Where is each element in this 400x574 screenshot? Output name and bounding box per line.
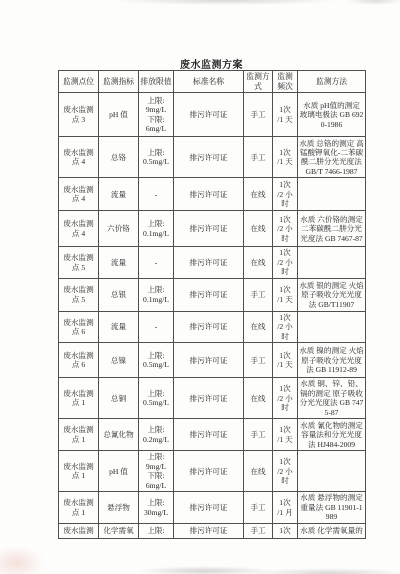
table-row: 废水监测 点 3 pH 值 上限: 9mg/L 下限: 6mg/L 排污许可证 … [59,93,366,137]
cell-point: 废水监测 点 1 [59,378,99,419]
table-row: 废水监测 点 5 总银 上限: 0.1mg/L 排污许可证 手工 1次 /1 天… [59,278,366,311]
cell-limit: - [139,311,174,342]
column-header-method: 监测方法 [298,71,366,93]
cell-point: 废水监测 点 1 [59,451,99,492]
document-title: 废水监测方案 [58,56,365,71]
cell-point: 废水监测 点 5 [59,247,99,278]
cell-frequency: 1次 /2 小 时 [273,178,298,211]
cell-mode: 在线 [244,378,273,419]
cell-frequency: 1次 /2 小 时 [273,451,298,492]
table-row: 废水监测 点 4 总铬 上限: 0.5mg/L 排污许可证 手工 1次 /1 天… [59,137,366,178]
cell-limit: 上限: 30mg/L [139,492,174,523]
cell-mode: 在线 [244,211,273,247]
cell-frequency: 1次 /2 小 时 [273,211,298,247]
cell-method [298,311,366,342]
table-row: 废水监测 点 6 流量 - 排污许可证 在线 1次 /2 小 时 [59,311,366,342]
cell-method [298,451,366,492]
cell-limit: 上限: 9mg/L 下限: 6mg/L [139,451,174,492]
cell-point: 废水监测 点 1 [59,419,99,451]
cell-standard: 排污许可证 [174,343,244,378]
cell-method: 水质 总铬的测定 高锰酸钾氧化-二苯碳酰二肼分光光度法 GB/T 7466-19… [298,137,366,178]
cell-frequency: 1次 /2 小 时 [273,247,298,278]
table-row-truncated: 废水监测 化学需氧 上限: 排污许可证 手工 1次 水质 化学需氧量的 [59,523,366,538]
cell-frequency: 1次 /2 小 时 [273,378,298,419]
cell-standard: 排污许可证 [174,93,244,137]
column-header-indicator: 监测指标 [99,71,139,93]
cell-standard: 排污许可证 [174,278,244,311]
cell-mode: 在线 [244,247,273,278]
cell-method: 水质 六价铬的测定 二苯碳酰二肼分光光度法 GB 7467-87 [298,211,366,247]
scan-artifact [110,0,340,5]
cell-mode: 手工 [244,419,273,451]
cell-frequency: 1次 /1 天 [273,93,298,137]
cell-indicator: pH 值 [99,93,139,137]
cell-method: 水质 铜、锌、铅、镉的测定 原子吸收分光光度法 GB 7475-87 [298,378,366,419]
cell-frequency: 1次 /1 天 [273,419,298,451]
cell-standard: 排污许可证 [174,492,244,523]
cell-mode: 在线 [244,451,273,492]
table-row: 废水监测 点 1 总氰化物 上限: 0.2mg/L 排污许可证 手工 1次 /1… [59,419,366,451]
table-header-row: 监测点位 监测指标 排放限值 标准名称 监测方式 监测频次 监测方法 [59,71,366,93]
cell-indicator: 流量 [99,311,139,342]
cell-limit: 上限: 0.1mg/L [139,278,174,311]
cell-standard: 排污许可证 [174,523,244,538]
scan-artifact [250,568,400,574]
cell-method: 水质 氰化物的测定 容量法和分光光度法 HJ484-2009 [298,419,366,451]
cell-limit: 上限: 0.5mg/L [139,343,174,378]
cell-limit: 上限: 0.5mg/L [139,137,174,178]
cell-point: 废水监测 点 1 [59,492,99,523]
cell-limit: - [139,178,174,211]
column-header-limit: 排放限值 [139,71,174,93]
cell-point: 废水监测 点 4 [59,211,99,247]
cell-indicator: 流量 [99,178,139,211]
table-row: 废水监测 点 4 流量 - 排污许可证 在线 1次 /2 小 时 [59,178,366,211]
cell-indicator: 总铬 [99,137,139,178]
cell-indicator: 总铜 [99,378,139,419]
cell-limit: - [139,247,174,278]
cell-mode: 手工 [244,492,273,523]
cell-point: 废水监测 点 6 [59,343,99,378]
cell-limit: 上限: 0.1mg/L [139,211,174,247]
cell-standard: 排污许可证 [174,451,244,492]
cell-frequency: 1次 [273,523,298,538]
cell-method: 水质 悬浮物的测定 重量法 GB 11901-1989 [298,492,366,523]
cell-point: 废水监测 点 4 [59,178,99,211]
cell-frequency: 1次 /1 天 [273,137,298,178]
cell-mode: 在线 [244,311,273,342]
cell-mode: 手工 [244,523,273,538]
cell-point: 废水监测 点 4 [59,137,99,178]
cell-indicator: 总银 [99,278,139,311]
cell-method: 水质 pH值的测定 玻璃电极法 GB 6920-1986 [298,93,366,137]
cell-frequency: 1次 /1 月 [273,492,298,523]
table-row: 废水监测 点 1 pH 值 上限: 9mg/L 下限: 6mg/L 排污许可证 … [59,451,366,492]
cell-standard: 排污许可证 [174,178,244,211]
scan-artifact [135,566,275,574]
cell-point: 废水监测 点 5 [59,278,99,311]
cell-method [298,178,366,211]
cell-standard: 排污许可证 [174,211,244,247]
cell-indicator: 六价铬 [99,211,139,247]
cell-standard: 排污许可证 [174,378,244,419]
cell-indicator: 总镍 [99,343,139,378]
cell-limit: 上限: 0.5mg/L [139,378,174,419]
table-row: 废水监测 点 1 悬浮物 上限: 30mg/L 排污许可证 手工 1次 /1 月… [59,492,366,523]
wastewater-monitoring-table: 监测点位 监测指标 排放限值 标准名称 监测方式 监测频次 监测方法 废水监测 … [58,70,366,539]
cell-method: 水质 镍的测定 火焰原子吸收分光光度法 GB 11912-89 [298,343,366,378]
table-row: 废水监测 点 1 总铜 上限: 0.5mg/L 排污许可证 在线 1次 /2 小… [59,378,366,419]
column-header-mode: 监测方式 [244,71,273,93]
cell-mode: 在线 [244,178,273,211]
cell-limit: 上限: 9mg/L 下限: 6mg/L [139,93,174,137]
cell-standard: 排污许可证 [174,137,244,178]
column-header-frequency: 监测频次 [273,71,298,93]
cell-indicator: 化学需氧 [99,523,139,538]
cell-frequency: 1次 /2 小 时 [273,311,298,342]
cell-mode: 手工 [244,343,273,378]
cell-standard: 排污许可证 [174,419,244,451]
cell-method: 水质 银的测定 火焰原子吸收分光光度法 GB/T11907 [298,278,366,311]
cell-indicator: 总氰化物 [99,419,139,451]
table-row: 废水监测 点 5 流量 - 排污许可证 在线 1次 /2 小 时 [59,247,366,278]
scan-artifact [0,545,46,574]
cell-method [298,247,366,278]
table-row: 废水监测 点 4 六价铬 上限: 0.1mg/L 排污许可证 在线 1次 /2 … [59,211,366,247]
column-header-standard: 标准名称 [174,71,244,93]
cell-standard: 排污许可证 [174,311,244,342]
cell-standard: 排污许可证 [174,247,244,278]
cell-method: 水质 化学需氧量的 [298,523,366,538]
column-header-point: 监测点位 [59,71,99,93]
table-row: 废水监测 点 6 总镍 上限: 0.5mg/L 排污许可证 手工 1次 /1 天… [59,343,366,378]
cell-limit: 上限: [139,523,174,538]
cell-mode: 手工 [244,93,273,137]
document-page: 废水监测方案 监测点位 监测指标 排放限值 标准名称 监测方式 监测频次 监测方… [0,0,400,574]
cell-limit: 上限: 0.2mg/L [139,419,174,451]
cell-indicator: 悬浮物 [99,492,139,523]
cell-frequency: 1次 /1 天 [273,278,298,311]
cell-mode: 手工 [244,278,273,311]
cell-indicator: 流量 [99,247,139,278]
scan-artifact [345,0,400,5]
cell-mode: 手工 [244,137,273,178]
cell-indicator: pH 值 [99,451,139,492]
cell-point: 废水监测 点 3 [59,93,99,137]
cell-point: 废水监测 点 6 [59,311,99,342]
cell-frequency: 1次 /1 天 [273,343,298,378]
cell-point: 废水监测 [59,523,99,538]
